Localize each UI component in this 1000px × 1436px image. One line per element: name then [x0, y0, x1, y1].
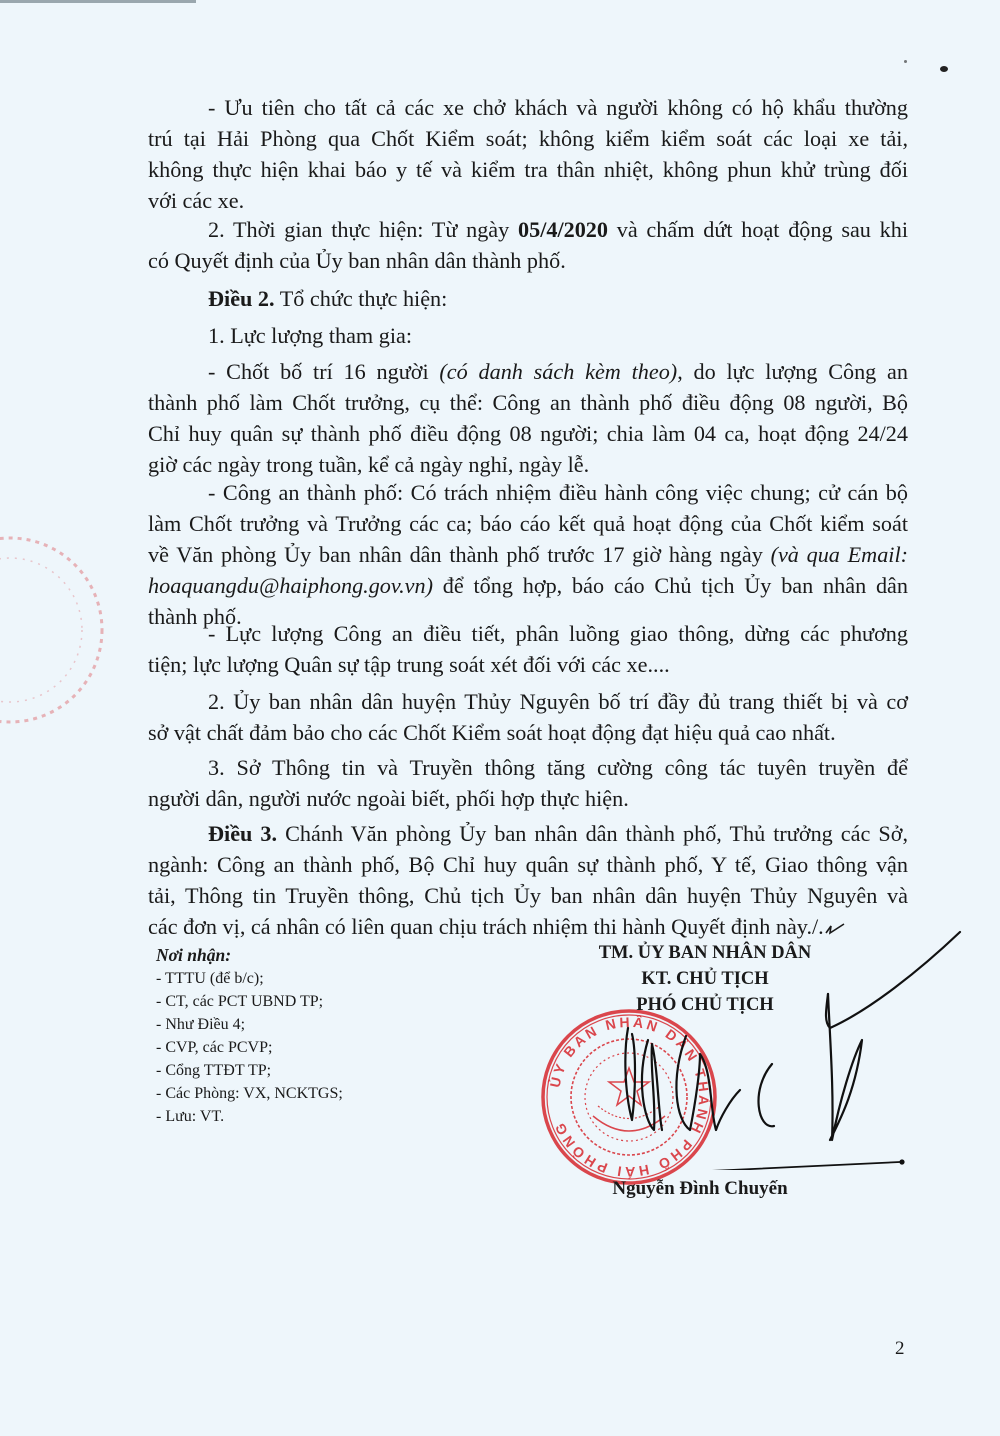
margin-seal-fragment-icon	[0, 530, 110, 730]
text-line: Điều 2. Tổ chức thực hiện:	[148, 283, 908, 314]
document-page: - Ưu tiên cho tất cả các xe chở khách và…	[0, 0, 1000, 1436]
text-line: - Lực lượng Công an điều tiết, phân luồn…	[148, 618, 908, 649]
paragraph-district-support: 2. Ủy ban nhân dân huyện Thủy Nguyên bố …	[148, 686, 908, 748]
paragraph-traffic-control: - Lực lượng Công an điều tiết, phân luồn…	[148, 618, 908, 680]
recipient-item: - Lưu: VT.	[156, 1105, 343, 1128]
forces-heading: 1. Lực lượng tham gia:	[148, 320, 908, 351]
article-label: Điều 3.	[208, 821, 277, 846]
recipient-item: - Như Điều 4;	[156, 1013, 343, 1036]
text-span: và chấm dứt hoạt động sau khi	[608, 217, 908, 242]
text-line: làm Chốt trưởng và Trưởng các ca; báo cá…	[148, 508, 908, 539]
text-line: 2. Ủy ban nhân dân huyện Thủy Nguyên bố …	[148, 686, 908, 717]
text-span: Chánh Văn phòng Ủy ban nhân dân thành ph…	[277, 821, 908, 846]
handwritten-signature-icon	[540, 930, 980, 1170]
recipients-heading: Nơi nhận:	[156, 944, 343, 967]
recipient-item: - CVP, các PCVP;	[156, 1036, 343, 1059]
paragraph-article-3: Điều 3. Chánh Văn phòng Ủy ban nhân dân …	[148, 818, 908, 942]
recipient-item: - Cổng TTĐT TP;	[156, 1059, 343, 1082]
paragraph-timeframe: 2. Thời gian thực hiện: Từ ngày 05/4/202…	[148, 214, 908, 276]
text-line: - Công an thành phố: Có trách nhiệm điều…	[148, 477, 908, 508]
text-line: người dân, người nước ngoài biết, phối h…	[148, 783, 908, 814]
start-date: 05/4/2020	[518, 217, 608, 242]
page-number: 2	[895, 1338, 905, 1360]
text-line: hoaquangdu@haiphong.gov.vn) để tổng hợp,…	[148, 570, 908, 601]
scan-speck	[904, 60, 907, 63]
text-span: - Chốt bố trí 16 người	[208, 359, 439, 384]
recipients-list: Nơi nhận: - TTTU (để b/c); - CT, các PCT…	[156, 944, 343, 1128]
text-line: 2. Thời gian thực hiện: Từ ngày 05/4/202…	[148, 214, 908, 245]
text-span: về Văn phòng Ủy ban nhân dân thành phố t…	[148, 542, 771, 567]
text-line: Điều 3. Chánh Văn phòng Ủy ban nhân dân …	[148, 818, 908, 849]
article-label: Điều 2.	[208, 286, 275, 311]
text-line: - Ưu tiên cho tất cả các xe chở khách và…	[148, 92, 908, 123]
text-line: ngành: Công an thành phố, Bộ Chỉ huy quâ…	[148, 849, 908, 880]
text-line: trú tại Hải Phòng qua Chốt Kiểm soát; kh…	[148, 123, 908, 154]
paragraph-police-duties: - Công an thành phố: Có trách nhiệm điều…	[148, 477, 908, 632]
recipient-item: - CT, các PCT UBND TP;	[156, 990, 343, 1013]
paragraph-communications: 3. Sở Thông tin và Truyền thông tăng cườ…	[148, 752, 908, 814]
text-line: 1. Lực lượng tham gia:	[148, 320, 908, 351]
text-line: không thực hiện khai báo y tế và kiểm tr…	[148, 154, 908, 185]
text-line: với các xe.	[148, 185, 908, 216]
recipient-item: - TTTU (để b/c);	[156, 967, 343, 990]
text-span: Tổ chức thực hiện:	[275, 286, 448, 311]
text-line: tiện; lực lượng Quân sự tập trung soát x…	[148, 649, 908, 680]
recipient-item: - Các Phòng: VX, NCKTGS;	[156, 1082, 343, 1105]
italic-note: (và qua Email:	[771, 542, 908, 567]
text-line: Chỉ huy quân sự thành phố điều động 08 n…	[148, 418, 908, 449]
email-address[interactable]: hoaquangdu@haiphong.gov.vn)	[148, 573, 433, 598]
signer-name: Nguyễn Đình Chuyến	[570, 1178, 830, 1200]
text-line: thành phố làm Chốt trưởng, cụ thể: Công …	[148, 387, 908, 418]
paragraph-checkpoint-staff: - Chốt bố trí 16 người (có danh sách kèm…	[148, 356, 908, 480]
text-span: để tổng hợp, báo cáo Chủ tịch Ủy ban nhâ…	[433, 573, 908, 598]
text-line: 3. Sở Thông tin và Truyền thông tăng cườ…	[148, 752, 908, 783]
text-line: sở vật chất đảm bảo cho các Chốt Kiểm so…	[148, 717, 908, 748]
text-line: tải, Thông tin Truyền thông, Chủ tịch Ủy…	[148, 880, 908, 911]
text-line: về Văn phòng Ủy ban nhân dân thành phố t…	[148, 539, 908, 570]
paragraph-priority-vehicles: - Ưu tiên cho tất cả các xe chở khách và…	[148, 92, 908, 216]
text-line: - Chốt bố trí 16 người (có danh sách kèm…	[148, 356, 908, 387]
text-line: giờ các ngày trong tuần, kể cả ngày nghỉ…	[148, 449, 908, 480]
text-line: có Quyết định của Ủy ban nhân dân thành …	[148, 245, 908, 276]
italic-note: (có danh sách kèm theo)	[439, 359, 677, 384]
article-2-heading: Điều 2. Tổ chức thực hiện:	[148, 283, 908, 314]
scan-speck	[940, 66, 948, 72]
text-span: , do lực lượng Công an	[677, 359, 908, 384]
scan-edge-rule	[0, 0, 196, 3]
text-span: 2. Thời gian thực hiện: Từ ngày	[208, 217, 518, 242]
